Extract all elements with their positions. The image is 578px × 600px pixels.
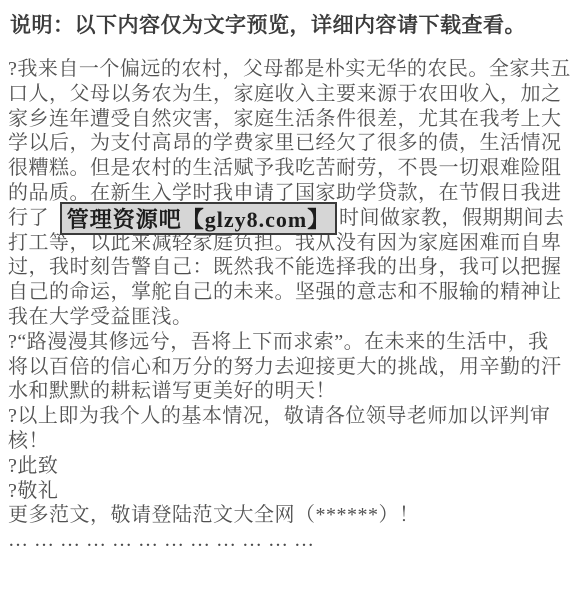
document-line: 核！ [8,429,574,454]
document-line: 自己的命运，掌舵自己的未来。坚强的意志和不服输的精神让 [8,280,574,305]
line-fragment-before-watermark: 行了 [8,207,49,229]
document-body: ?我来自一个偏远的农村，父母都是朴实无华的农民。全家共五 口人，父母以务农为生，… [8,57,574,553]
document-line: 水和默默的耕耘谱写更美好的明天！ [8,379,574,404]
document-preview-page: 说明：以下内容仅为文字预览，详细内容请下载查看。 ?我来自一个偏远的农村，父母都… [0,0,578,600]
document-line: 学以后，为支付高昂的学费家里已经欠了很多的债，生活情况 [8,131,574,156]
preview-notice: 说明：以下内容仅为文字预览，详细内容请下载查看。 [10,9,526,39]
document-line: ?敬礼 [8,479,574,504]
document-line: ?此致 [8,454,574,479]
document-line: 将以百倍的信心和万分的努力去迎接更大的挑战，用辛勤的汗 [8,355,574,380]
document-line: 家乡连年遭受自然灾害，家庭生活条件很差，尤其在我考上大 [8,107,574,132]
line-fragment-after-watermark: 时间做家教，假期期间去 [339,207,565,229]
document-line: 更多范文，敬请登陆范文大全网（******）！ [8,503,574,528]
document-line: ?我来自一个偏远的农村，父母都是朴实无华的农民。全家共五 [8,57,574,82]
trailing-dots-line: ……………………………… [8,528,574,553]
watermark-badge: 管理资源吧【glzy8.com】 [60,202,337,235]
document-line: 口人，父母以务农为生，家庭收入主要来源于农田收入，加之 [8,82,574,107]
document-line: 很糟糕。但是农村的生活赋予我吃苦耐劳，不畏一切艰难险阻 [8,156,574,181]
document-line: ?“路漫漫其修远兮，吾将上下而求索”。在未来的生活中，我 [8,330,574,355]
document-line: 过，我时刻告警自己：既然我不能选择我的出身，我可以把握 [8,255,574,280]
document-line: ?以上即为我个人的基本情况，敬请各位领导老师加以评判审 [8,404,574,429]
document-line: 我在大学受益匪浅。 [8,305,574,330]
